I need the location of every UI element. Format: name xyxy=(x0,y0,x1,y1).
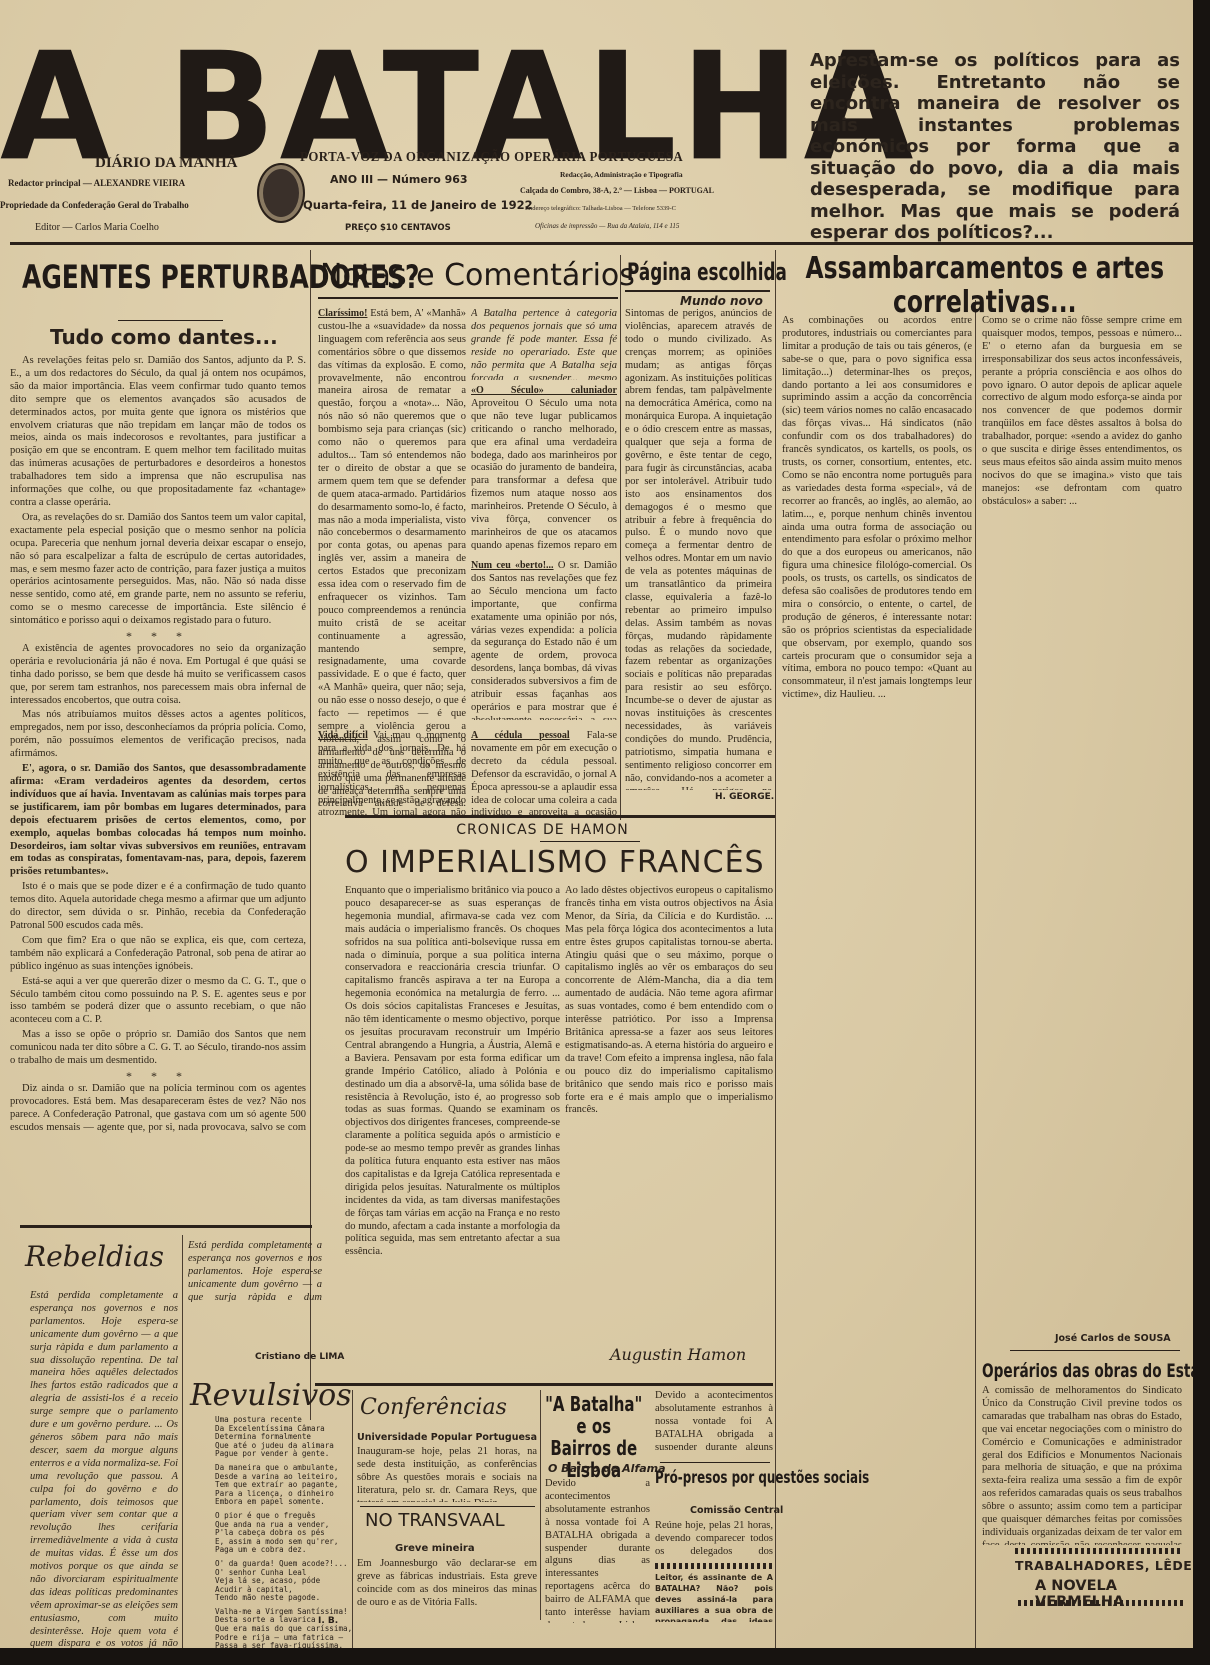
rebeldias-col-1: Está perdida completamente a esperança n… xyxy=(30,1290,178,1648)
assambarcamentos-author: José Carlos de SOUSA xyxy=(1055,1333,1171,1344)
notas-kicker: Claríssimo! xyxy=(318,308,367,319)
revulsivos-header: Revulsivos xyxy=(190,1378,352,1413)
pagina-author: H. GEORGE. xyxy=(715,792,774,802)
pro-presos-subhead: Comissão Central xyxy=(690,1505,783,1516)
emblem-seal-icon xyxy=(257,163,305,223)
notas-col-1b: Vida difícil Vai mau o momento para a vi… xyxy=(318,730,466,815)
rebeldias-col-2: Está perdida completamente a esperança n… xyxy=(188,1240,322,1302)
scan-border xyxy=(0,1648,1210,1665)
poem-line: Paga um e cobra dez. xyxy=(215,1546,352,1555)
notas-col-2: A Batalha pertence à categoria dos peque… xyxy=(471,308,617,380)
masthead-redactor: Redactor principal — ALEXANDRE VIEIRA xyxy=(8,178,185,188)
notas-text: Vai mau o momento para a vida dos jornai… xyxy=(318,730,466,815)
poem-line: Pague por vender à gente. xyxy=(215,1450,352,1459)
hamon-col-1: Enquanto que o imperialismo britânico vi… xyxy=(345,885,560,1370)
masthead-address: Calçada do Combro, 38-A, 2.º — Lisboa — … xyxy=(520,186,714,195)
pro-presos-headline: Pró-presos por questões sociais xyxy=(655,1468,869,1488)
section-stars: * * * xyxy=(10,630,306,643)
lead-subhead: Tudo como dantes... xyxy=(50,325,278,349)
newspaper-page: A BATALHA DIÁRIO DA MANHÃ Redactor princ… xyxy=(0,0,1193,1648)
notas-text: Fala-se novamente em pôr em execução o d… xyxy=(471,730,617,815)
masthead-date: Quarta-feira, 11 de Janeiro de 1922 xyxy=(303,198,533,212)
section-rule xyxy=(660,1462,770,1463)
lead-paragraph: Isto é o mais que se pode dizer e é a co… xyxy=(10,881,306,933)
column-divider xyxy=(975,300,976,1648)
pagina-header: Página escolhida xyxy=(627,258,787,286)
bairros-col-1: Devido a acontecimentos absolutamente es… xyxy=(545,1478,650,1623)
section-rule xyxy=(1010,1350,1180,1351)
operarios-headline: Operários das obras do Estado xyxy=(982,1360,1193,1382)
section-rule xyxy=(20,1225,312,1228)
masthead-subtitle: DIÁRIO DA MANHÃ xyxy=(95,155,238,172)
lead-paragraph: Ora, as revelações do sr. Damião dos San… xyxy=(10,512,306,628)
ornament-rule xyxy=(1015,1548,1180,1554)
section-rule xyxy=(315,1383,773,1386)
lead-quote: E', agora, o sr. Damião dos Santos, que … xyxy=(10,763,306,879)
lead-paragraph: Com que fim? Era o que não se explica, e… xyxy=(10,935,306,974)
assambarcamentos-headline: Assambarcamentos e artes correlativas... xyxy=(782,252,1188,320)
pagina-subhead: Mundo novo xyxy=(680,294,763,308)
pagina-rule xyxy=(625,290,770,292)
lead-paragraph: Mas nós atribuíamos muitos dêsses actos … xyxy=(10,709,306,761)
ornament-rule xyxy=(655,1563,773,1569)
rebeldias-header: Rebeldias xyxy=(25,1240,164,1273)
masthead-workshop: Oficinas de impressão — Rua da Atalaia, … xyxy=(535,222,679,230)
notas-text: Aproveitou O Século uma nota que não tev… xyxy=(471,398,617,550)
column-divider xyxy=(775,250,776,1648)
notas-kicker: Vida difícil xyxy=(318,730,368,741)
scan-border xyxy=(1193,0,1210,1665)
notas-kicker: A cédula pessoal xyxy=(471,730,570,741)
hamon-signature: Augustin Hamon xyxy=(610,1345,746,1364)
hamon-col-2: Ao lado dêstes objectivos europeus o cap… xyxy=(565,885,773,1325)
transvaal-body: Em Joannesburgo vão declarar-se em greve… xyxy=(357,1558,537,1613)
hamon-kicker: CRONICAS DE HAMON xyxy=(310,822,775,838)
notas-col-2b: «O Século» caluniador Aproveitou O Sécul… xyxy=(471,385,617,550)
lead-paragraph: Está-se aqui a ver que quererão dizer o … xyxy=(10,976,306,1028)
section-stars: * * * xyxy=(10,1070,306,1083)
notas-text: A Batalha pertence à categoria dos peque… xyxy=(471,308,617,380)
notas-kicker: «O Século» caluniador xyxy=(471,385,617,396)
revulsivos-poem: Uma postura recente Da Excelentíssima Câ… xyxy=(215,1416,352,1648)
conferencias-org: Universidade Popular Portuguesa xyxy=(357,1432,537,1443)
assambarcamentos-col-2: Como se o crime não fôsse sempre crime e… xyxy=(982,315,1182,1305)
lead-paragraph: A existência de agentes provocadores no … xyxy=(10,643,306,708)
lead-body: As revelações feitas pelo sr. Damião dos… xyxy=(10,355,306,1135)
hamon-headline: O IMPERIALISMO FRANCÊS xyxy=(345,845,765,880)
masthead-editor: Editor — Carlos Maria Coelho xyxy=(35,222,159,233)
notas-col-2c: Num ceu «berto!... O sr. Damião dos Sant… xyxy=(471,560,617,720)
notas-col-2d: A cédula pessoal Fala-se novamente em pô… xyxy=(471,730,617,815)
masthead-admin: Redacção, Administração e Tipografia xyxy=(560,170,683,179)
column-divider xyxy=(540,1390,541,1620)
lead-paragraph: Mas a isso se opõe o próprio sr. Damião … xyxy=(10,1029,306,1068)
bairros-col-2: Devido a acontecimentos absolutamente es… xyxy=(655,1390,773,1450)
masthead-motto: PORTA-VOZ DA ORGANIZAÇÃO OPERÁRIA PORTUG… xyxy=(300,150,683,166)
section-rule xyxy=(360,1506,535,1507)
rebeldias-author: Cristiano de LIMA xyxy=(255,1352,344,1362)
revulsivos-author: I. B. xyxy=(318,1616,338,1626)
transvaal-subhead: Greve mineira xyxy=(395,1543,475,1554)
pro-presos-body: Reúne hoje, pelas 21 horas, devendo comp… xyxy=(655,1520,773,1558)
novela-ad-line1: TRABALHADORES, LÊDE xyxy=(1015,1558,1192,1573)
column-divider xyxy=(352,1390,353,1648)
notas-text: O sr. Damião dos Santos nas revelações q… xyxy=(471,560,617,720)
transvaal-header: NO TRANSVAAL xyxy=(365,1510,505,1531)
pagina-body: Sintomas de perigos, anúncios de violênc… xyxy=(625,308,772,790)
lead-paragraph: Diz ainda o sr. Damião que na polícia te… xyxy=(10,1083,306,1135)
lead-rule xyxy=(118,320,223,321)
masthead-rule xyxy=(10,242,1193,245)
notas-rule xyxy=(318,297,618,299)
column-divider xyxy=(620,255,621,820)
column-divider xyxy=(182,1235,183,1648)
notas-kicker: Num ceu «berto!... xyxy=(471,560,554,571)
assambarcamentos-col-1: As combinações ou acordos entre produtor… xyxy=(782,315,972,1395)
masthead-issue: ANO III — Número 963 xyxy=(330,173,468,186)
poem-line: Embora em papel somente. xyxy=(215,1498,352,1507)
conferencias-body: Inauguram-se hoje, pelas 21 horas, na se… xyxy=(357,1446,537,1502)
lead-paragraph: As revelações feitas pelo sr. Damião dos… xyxy=(10,355,306,510)
bairros-subhead: O Bairro de Alfama xyxy=(548,1462,666,1475)
operarios-body: A comissão de melhoramentos do Sindicato… xyxy=(982,1385,1182,1545)
masthead-telegraph: Endereço telegráfico: Talhada-Lisboa — T… xyxy=(525,205,676,212)
poem-line: Tendo mão neste pagode. xyxy=(215,1594,352,1603)
notas-header: Notas e Comentários xyxy=(320,258,635,293)
hamon-rule xyxy=(540,841,640,842)
section-rule xyxy=(345,815,775,818)
front-tagline: Aprestam-se os políticos para as eleiçõe… xyxy=(810,50,1180,244)
conferencias-header: Conferências xyxy=(360,1395,507,1420)
pro-presos-promo: Leitor, és assinante de A BATALHA? Não? … xyxy=(655,1572,773,1622)
masthead-property: Propriedade da Confederação Geral do Tra… xyxy=(0,200,189,210)
masthead-price: PREÇO $10 CENTAVOS xyxy=(345,223,451,233)
ornament-rule xyxy=(1018,1600,1183,1606)
